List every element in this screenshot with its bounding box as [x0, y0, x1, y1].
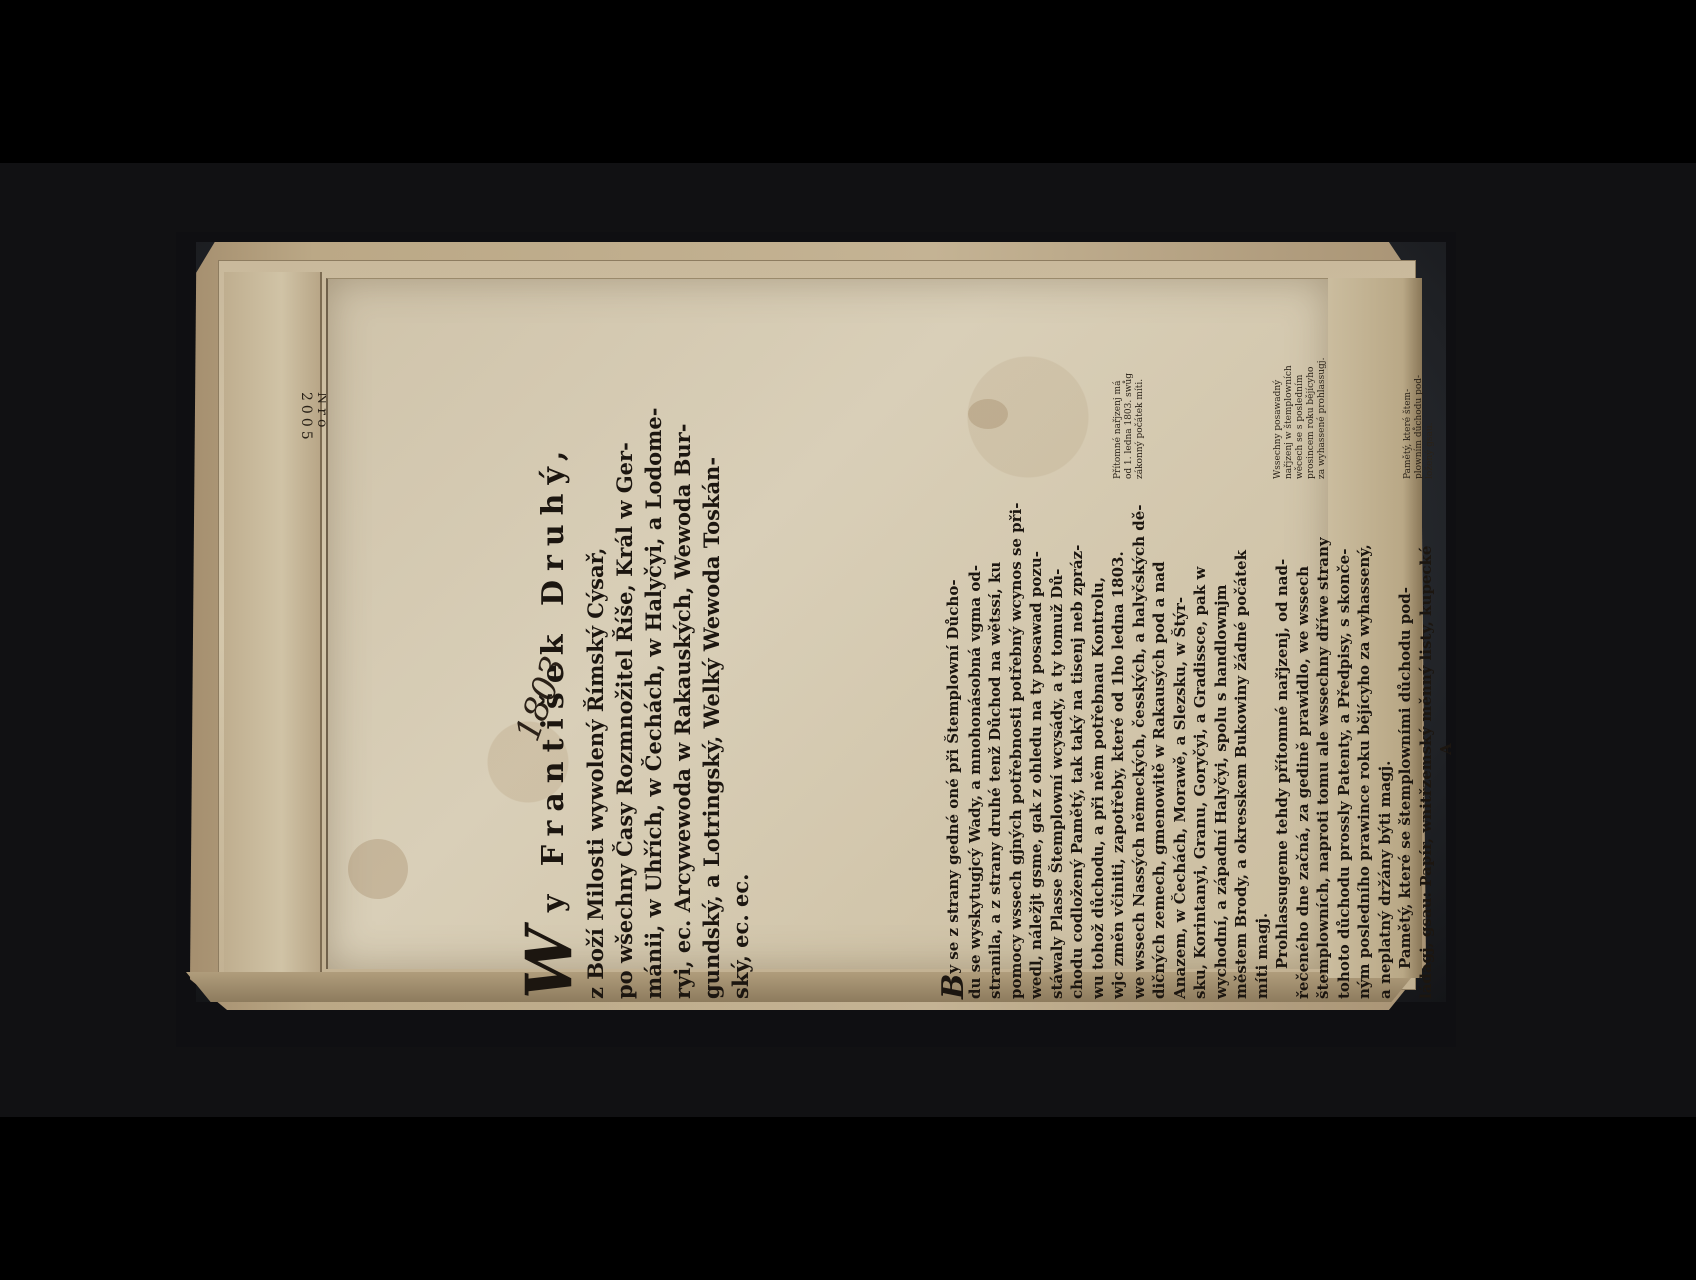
- body-line: Prohlassugeme tehdy přítomné nařjzenj, o…: [1272, 499, 1293, 999]
- body-line: du se wyskytugjcý Wady, a mnohonásobná v…: [965, 499, 986, 999]
- document-title: Wy František Druhý,: [523, 359, 577, 999]
- body-line: Pamětý, které se štemplowními důchodu po…: [1395, 499, 1416, 999]
- title-rest: y František Druhý,: [536, 442, 571, 913]
- heading-line: gundský, a Lotringský, Welký Wewoda Tosk…: [697, 359, 726, 999]
- section-marker: A: [1436, 499, 1456, 999]
- body-line: stranila, a z strany druhé tenž Důchod n…: [985, 499, 1006, 999]
- body-line: stáwaly Plasse Štemplowní wcysády, a ty …: [1047, 499, 1068, 999]
- body-line: pomocy wssech gjných potřebnosti potřebn…: [1006, 499, 1027, 999]
- body-line: míti magj.: [1252, 499, 1273, 999]
- heading-line: z Boží Milosti wywolený Římský Cýsař,: [581, 359, 610, 999]
- body-line: ládagj, gsau: Papír, wnitřzemský měnný l…: [1416, 499, 1437, 999]
- heading-block: z Boží Milosti wywolený Římský Cýsař, po…: [581, 359, 755, 999]
- body-line: štemplowních, naproti tomu ale wssechny …: [1313, 499, 1334, 999]
- front-page: 1803 Wy František Druhý, z Boží Milosti …: [326, 278, 1328, 969]
- body-line: Anazem, w Čechách, Morawě, a Slezsku, w …: [1170, 499, 1191, 999]
- heading-line: mánii, w Uhřích, w Čechách, w Halyčyi, a…: [639, 359, 668, 999]
- body-line: sku, Korintanyi, Granu, Goryčyi, a Gradi…: [1190, 499, 1211, 999]
- heading-line: po wšechny Časy Rozmnožitel Říše, Král w…: [610, 359, 639, 999]
- body-line: tohoto důchodu prossly Patenty, a Předpi…: [1334, 499, 1355, 999]
- heading-line: ryi, ec. Arcywewoda w Rakauských, Wewoda…: [668, 359, 697, 999]
- body-line: wjc změn včiniti, zapotřeby, které od 1h…: [1108, 499, 1129, 999]
- body-line: řečeného dne začná, za gedině prawidlo, …: [1293, 499, 1314, 999]
- body-line: wu tohož důchodu, a při něm potřebnau Ko…: [1088, 499, 1109, 999]
- heading-line: ský, ec. ec.: [726, 359, 755, 999]
- document-photo: Nro 2005 1803 Wy František Druhý, z Boží…: [176, 232, 1456, 1047]
- paper-stain: [348, 839, 408, 899]
- body-line: By se z strany gedné oné při Štemplowní …: [943, 499, 965, 999]
- title-initial: W: [523, 918, 577, 999]
- body-line: městem Brody, a okresskem Bukowiny žádné…: [1231, 499, 1252, 999]
- body-line: wedl, náležjt gsme, gak z ohledu na ty p…: [1026, 499, 1047, 999]
- body-line: we wssech Nassých německých, česských, a…: [1129, 499, 1150, 999]
- body-text: By se z strany gedné oné při Štemplowní …: [943, 499, 1456, 999]
- body-line: chodu codložený Pamětý, tak taký na tise…: [1067, 499, 1088, 999]
- body-line: wychodní, a západní Halyčyi, spolu s han…: [1211, 499, 1232, 999]
- rotated-text-block: Wy František Druhý, z Boží Milosti wywol…: [523, 359, 1443, 999]
- body-line: a neplatný držány býti magj.: [1375, 499, 1396, 999]
- body-line: ným posledního prawince roku bějícyho za…: [1354, 499, 1375, 999]
- body-line: dičných zemech, gmenowitě w Rakausých po…: [1149, 499, 1170, 999]
- binding-strip: Nro 2005: [224, 272, 322, 972]
